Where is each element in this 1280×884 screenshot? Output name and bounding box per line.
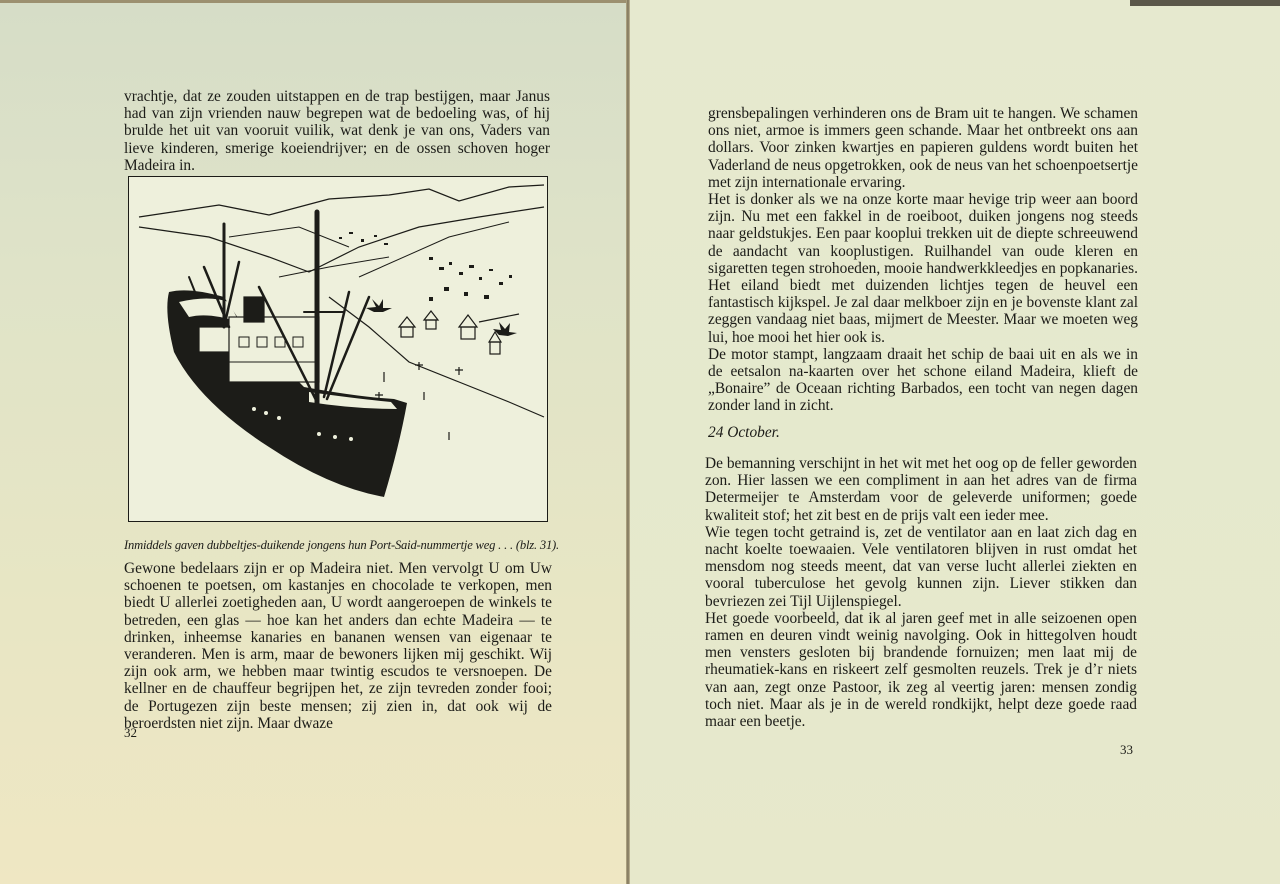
left-bottom-paragraph: Gewone bedelaars zijn er op Madeira niet… <box>124 560 552 732</box>
paragraph: Het eiland biedt met duizenden lichtjes … <box>708 277 1138 346</box>
paragraph: grensbepalingen verhinderen ons de Bram … <box>708 105 1138 191</box>
page-number-left: 32 <box>124 725 137 741</box>
paragraph: Het is donker als we na onze korte maar … <box>708 191 1138 277</box>
paragraph: Het goede voorbeeld, dat ik al jaren gee… <box>705 610 1137 730</box>
right-bottom-paragraphs: De bemanning verschijnt in het wit met h… <box>705 455 1137 730</box>
book-gutter <box>626 0 630 884</box>
left-top-paragraph: vrachtje, dat ze zouden uitstappen en de… <box>124 88 550 174</box>
ship-drawing-icon <box>129 177 547 521</box>
paragraph: De bemanning verschijnt in het wit met h… <box>705 455 1137 524</box>
paragraph: vrachtje, dat ze zouden uitstappen en de… <box>124 88 550 174</box>
paragraph: De motor stampt, langzaam draait het sch… <box>708 346 1138 415</box>
page-edge-shadow <box>1130 0 1280 6</box>
page-number-right: 33 <box>1120 742 1133 758</box>
ship-illustration <box>128 176 548 522</box>
book-spread: vrachtje, dat ze zouden uitstappen en de… <box>0 0 1280 884</box>
dateline-heading: 24 October. <box>708 424 780 442</box>
paragraph: Wie tegen tocht getraind is, zet de vent… <box>705 524 1137 610</box>
paragraph: Gewone bedelaars zijn er op Madeira niet… <box>124 560 552 732</box>
right-top-paragraphs: grensbepalingen verhinderen ons de Bram … <box>708 105 1138 415</box>
illustration-caption: Inmiddels gaven dubbeltjes-duikende jong… <box>124 538 564 553</box>
